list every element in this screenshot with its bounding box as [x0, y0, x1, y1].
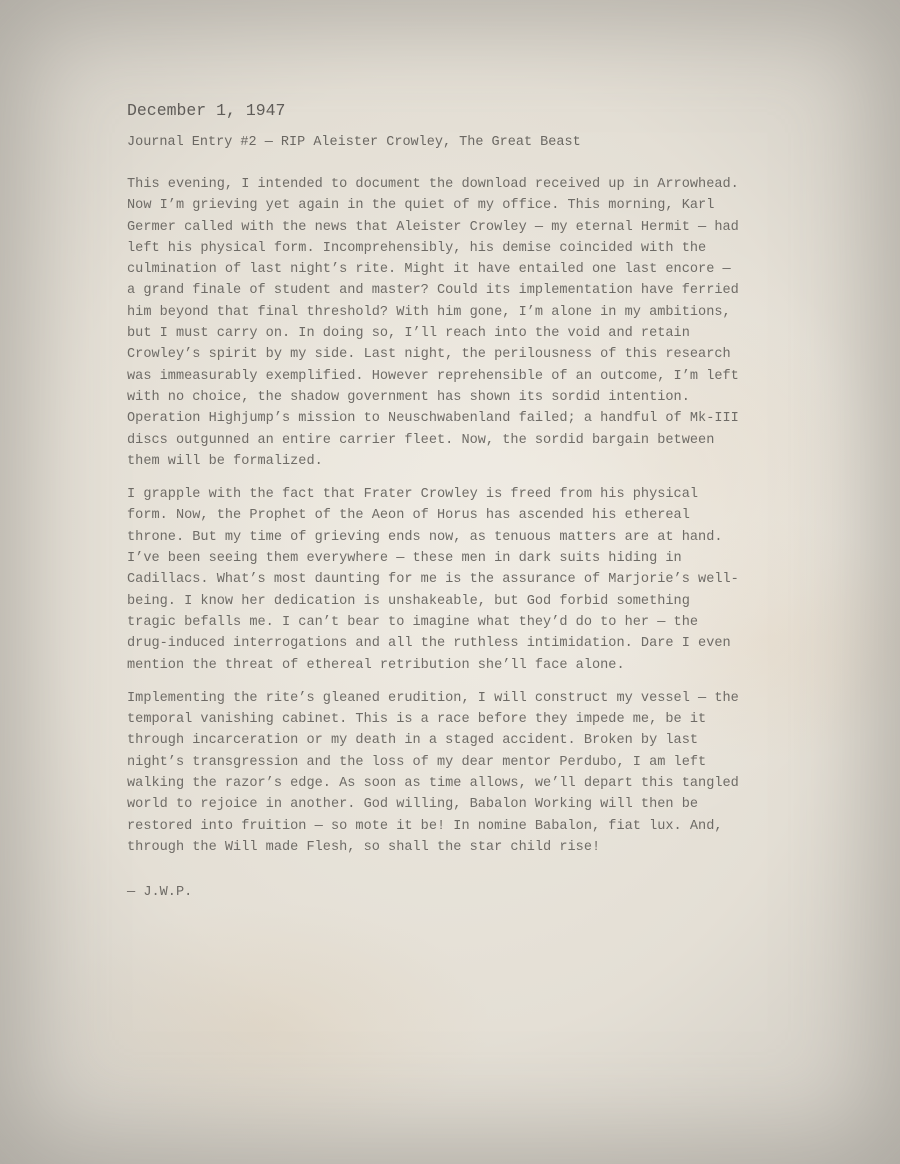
journal-paragraph-1: This evening, I intended to document the… — [127, 174, 807, 472]
entry-title: Journal Entry #2 — RIP Aleister Crowley,… — [127, 134, 807, 152]
journal-page: December 1, 1947 Journal Entry #2 — RIP … — [127, 100, 807, 903]
journal-paragraph-3: Implementing the rite’s gleaned eruditio… — [127, 688, 807, 858]
author-signature: — J.W.P. — [127, 882, 807, 903]
entry-date: December 1, 1947 — [127, 100, 807, 122]
journal-paragraph-2: I grapple with the fact that Frater Crow… — [127, 484, 807, 676]
